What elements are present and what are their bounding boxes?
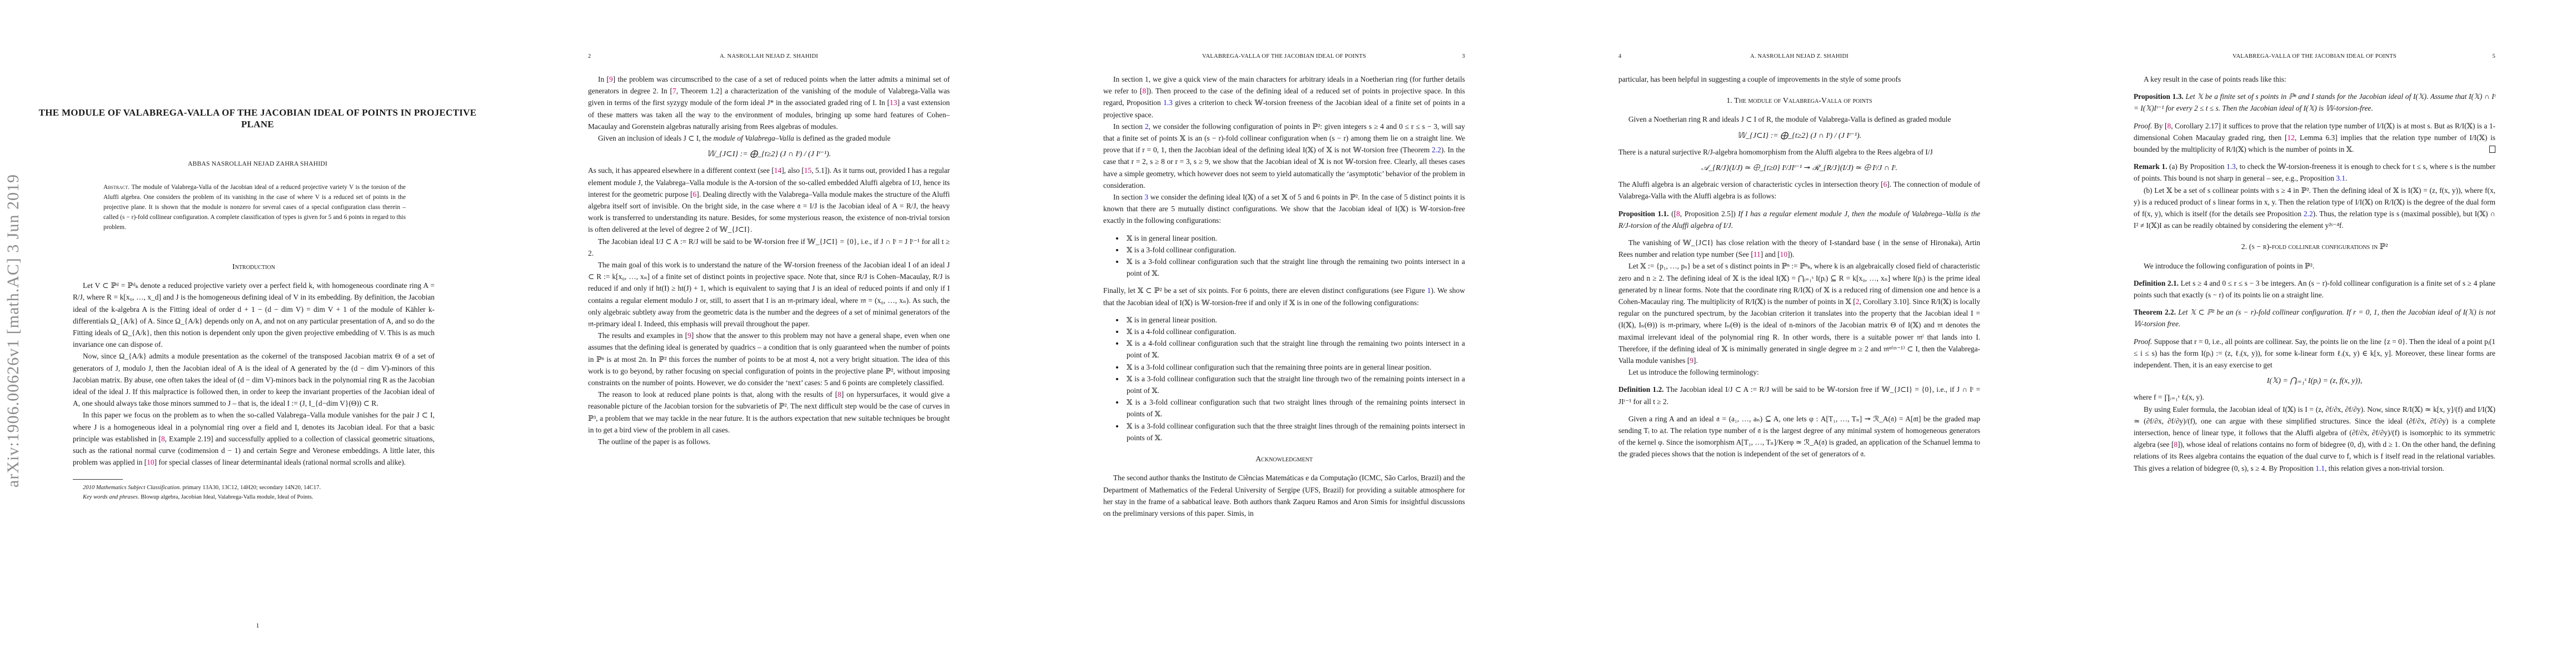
page-number: 3 <box>1462 53 1466 59</box>
running-head: A. NASROLLAH NEJAD Z. SHAHIDI <box>1618 53 1980 59</box>
cross-ref-link[interactable]: 1.3 <box>2226 162 2236 171</box>
citation-link[interactable]: 8 <box>838 390 841 399</box>
proposition-1-1: Proposition 1.1. ([8, Proposition 2.5]) … <box>1618 208 1980 231</box>
page-4-body: particular, has been helpful in suggesti… <box>1618 73 1980 460</box>
cross-ref-link[interactable]: 2.2 <box>2304 210 2313 218</box>
paragraph: In section 1, we give a quick view of th… <box>1103 73 1465 121</box>
citation-link[interactable]: 8 <box>1676 210 1680 218</box>
display-formula: I(𝕏) = ⋂ᵢ₌₁ˢ I(pᵢ) = (z, f(x, y)), <box>2134 375 2495 387</box>
footnote-keywords: Key words and phrases. Blowup algebra, J… <box>73 492 435 502</box>
paragraph: Let us introduce the following terminolo… <box>1618 366 1980 378</box>
paragraph: We introduce the following configuration… <box>2134 260 2495 272</box>
footnote-msc: 2010 Mathematics Subject Classification.… <box>73 483 435 492</box>
page-2-body: In [9] the problem was circumscribed to … <box>588 73 950 447</box>
proposition-1-3: Proposition 1.3. Let 𝕏 be a finite set o… <box>2134 91 2495 114</box>
paragraph: The outline of the paper is as follows. <box>588 436 950 447</box>
proof: Proof. Suppose that r = 0, i.e., all poi… <box>2134 336 2495 371</box>
paragraph: There is a natural surjective R/J-algebr… <box>1618 146 1980 158</box>
list-item: 𝕏 is a 4-fold collinear configuration. <box>1124 326 1465 337</box>
list-item: 𝕏 is a 4-fold collinear configuration su… <box>1124 337 1465 361</box>
citation-link[interactable]: 8 <box>161 435 165 443</box>
paragraph: The reason to look at reduced plane poin… <box>588 389 950 436</box>
list-item: 𝕏 is in general linear position. <box>1124 314 1465 326</box>
paragraph: In section 2, we consider the following … <box>1103 121 1465 191</box>
citation-link[interactable]: 14 <box>774 166 781 175</box>
page-2: 2 A. NASROLLAH NEJAD Z. SHAHIDI In [9] t… <box>515 0 1030 667</box>
paragraph: Finally, let 𝕏 ⊂ ℙ² be a set of six poin… <box>1103 285 1465 308</box>
list-item: 𝕏 is a 3-fold collinear configuration su… <box>1124 256 1465 279</box>
paragraph: The results and examples in [9] show tha… <box>588 330 950 389</box>
abstract-label: Abstract. <box>103 184 129 191</box>
paragraph: A key result in the case of points reads… <box>2134 73 2495 85</box>
display-formula: 𝒜_{R/J}(I/J) ≃ ⨁_{t≥0} Iᵗ/JIᵗ⁻¹ ↠ ℛ_{R/J… <box>1618 162 1980 174</box>
citation-link[interactable]: 10 <box>147 458 154 466</box>
six-point-config-list: 𝕏 is in general linear position. 𝕏 is a … <box>1124 314 1465 444</box>
paragraph: Given an inclusion of ideals J ⊂ I, the … <box>588 132 950 144</box>
list-item: 𝕏 is a 3-fold collinear configuration su… <box>1124 373 1465 396</box>
display-formula: 𝕎_{J⊂I} := ⨁_{t≥2} (J ∩ Iᵗ) / (J Iᵗ⁻¹). <box>588 148 950 160</box>
cross-ref-link[interactable]: 2 <box>1145 122 1149 131</box>
list-item: 𝕏 is a 3-fold collinear configuration. <box>1124 244 1465 256</box>
paragraph: particular, has been helpful in suggesti… <box>1618 73 1980 85</box>
paragraph: The main goal of this work is to underst… <box>588 259 950 330</box>
page-number: 1 <box>0 621 515 630</box>
page-5: VALABREGA-VALLA OF THE JACOBIAN IDEAL OF… <box>2061 0 2576 667</box>
footnote-rule <box>73 479 123 480</box>
paragraph: The vanishing of 𝕎_{J⊂I} has close relat… <box>1618 237 1980 260</box>
citation-link[interactable]: 13 <box>890 98 897 107</box>
paragraph: (b) Let 𝕏 be a set of s collinear points… <box>2134 185 2495 232</box>
page-4: 4 A. NASROLLAH NEJAD Z. SHAHIDI particul… <box>1546 0 2061 667</box>
running-head: VALABREGA-VALLA OF THE JACOBIAN IDEAL OF… <box>1103 53 1465 59</box>
page-5-body: A key result in the case of points reads… <box>2134 73 2495 474</box>
page-3-body: In section 1, we give a quick view of th… <box>1103 73 1465 519</box>
five-point-config-list: 𝕏 is in general linear position. 𝕏 is a … <box>1124 232 1465 280</box>
cross-ref-link[interactable]: 1 <box>1427 286 1431 295</box>
citation-link[interactable]: 12 <box>2287 133 2294 142</box>
definition-1-2: Definition 1.2. The Jacobian ideal I/J ⊂… <box>1618 384 1980 407</box>
list-item: 𝕏 is in general linear position. <box>1124 232 1465 244</box>
theorem-2-2: Theorem 2.2. Let 𝕏 ⊂ ℙ² be an (s − r)-fo… <box>2134 306 2495 330</box>
citation-link[interactable]: 10 <box>1780 250 1787 258</box>
paragraph: Given a Noetherian ring R and ideals J ⊂… <box>1618 113 1980 125</box>
paragraph: As such, it has appeared elsewhere in a … <box>588 165 950 235</box>
paragraph: The Jacobian ideal I/J ⊂ A := R/J will b… <box>588 236 950 259</box>
page-3: VALABREGA-VALLA OF THE JACOBIAN IDEAL OF… <box>1030 0 1546 667</box>
citation-link[interactable]: 9 <box>687 331 691 340</box>
qed-box-icon <box>2489 146 2495 153</box>
paragraph: By using Euler formula, the Jacobian ide… <box>2134 404 2495 474</box>
remark-1: Remark 1. (a) By Proposition 1.3, to che… <box>2134 161 2495 184</box>
definition-2-1: Definition 2.1. Let s ≥ 4 and 0 ≤ r ≤ s … <box>2134 277 2495 301</box>
paragraph: Now, since Ω_{A/k} admits a module prese… <box>73 350 435 409</box>
paper-title: THE MODULE OF VALABREGA-VALLA OF THE JAC… <box>33 107 482 130</box>
paper-authors: ABBAS NASROLLAH NEJAD ZAHRA SHAHIDI <box>33 160 482 167</box>
cross-ref-link[interactable]: 2.2 <box>1432 146 1441 154</box>
running-head: VALABREGA-VALLA OF THE JACOBIAN IDEAL OF… <box>2134 53 2495 59</box>
citation-link[interactable]: 15 <box>804 166 811 175</box>
cross-ref-link[interactable]: 1.1 <box>2315 464 2325 472</box>
page-number: 5 <box>2493 53 2496 59</box>
cross-ref-link[interactable]: 1.3 <box>1163 98 1173 107</box>
paragraph: The Aluffi algebra is an algebraic versi… <box>1618 178 1980 202</box>
paragraph: Given a ring A and an ideal 𝔞 = (a₁, …, … <box>1618 413 1980 460</box>
paragraph: In this paper we focus on the problem as… <box>73 409 435 468</box>
abstract: Abstract. The module of Valabrega-Valla … <box>103 182 406 232</box>
paragraph: Let V ⊂ ℙᵈ = ℙᵈₖ denote a reduced projec… <box>73 280 435 350</box>
abstract-text: The module of Valabrega-Valla of the Jac… <box>103 184 406 231</box>
list-item: 𝕏 is a 3-fold collinear configuration su… <box>1124 361 1465 373</box>
list-item: 𝕏 is a 3-fold collinear configuration su… <box>1124 420 1465 444</box>
running-head: A. NASROLLAH NEJAD Z. SHAHIDI <box>588 53 950 59</box>
paragraph: In section 3 we consider the defining id… <box>1103 191 1465 227</box>
section-heading-1: 1. The module of Valabrega-Valla of poin… <box>1618 95 1980 107</box>
citation-link[interactable]: 9 <box>1690 356 1693 365</box>
proof: Proof. By [8, Corollary 2.17] it suffice… <box>2134 120 2495 156</box>
display-formula: 𝕎_{J⊂I} := ⨁_{t≥2} (J ∩ Iᵗ) / (J Iᵗ⁻¹). <box>1618 130 1980 142</box>
cross-ref-link[interactable]: 3.1 <box>2336 174 2345 182</box>
section-heading-acknowledgment: Acknowledgment <box>1103 454 1465 465</box>
page-1: arXiv:1906.00626v1 [math.AC] 3 Jun 2019 … <box>0 0 515 667</box>
page-1-body: Introduction Let V ⊂ ℙᵈ = ℙᵈₖ denote a r… <box>73 251 435 502</box>
arxiv-stamp[interactable]: arXiv:1906.00626v1 [math.AC] 3 Jun 2019 <box>3 67 23 595</box>
paragraph: In [9] the problem was circumscribed to … <box>588 73 950 132</box>
section-heading-2: 2. (s − r)-fold collinear configurations… <box>2134 241 2495 253</box>
section-heading-introduction: Introduction <box>73 261 435 273</box>
citation-link[interactable]: 7 <box>672 87 676 95</box>
paragraph: where f = ∏ᵢ₌₁ˢ ℓᵢ(x, y). <box>2134 391 2495 403</box>
paragraph: The second author thanks the Instituto d… <box>1103 472 1465 519</box>
list-item: 𝕏 is a 3-fold collinear configuration su… <box>1124 396 1465 420</box>
citation-link[interactable]: 9 <box>609 75 613 83</box>
paragraph: Let 𝕏 := {p₁, …, pₛ} be a set of s disti… <box>1618 260 1980 366</box>
citation-link[interactable]: 11 <box>1753 250 1761 258</box>
